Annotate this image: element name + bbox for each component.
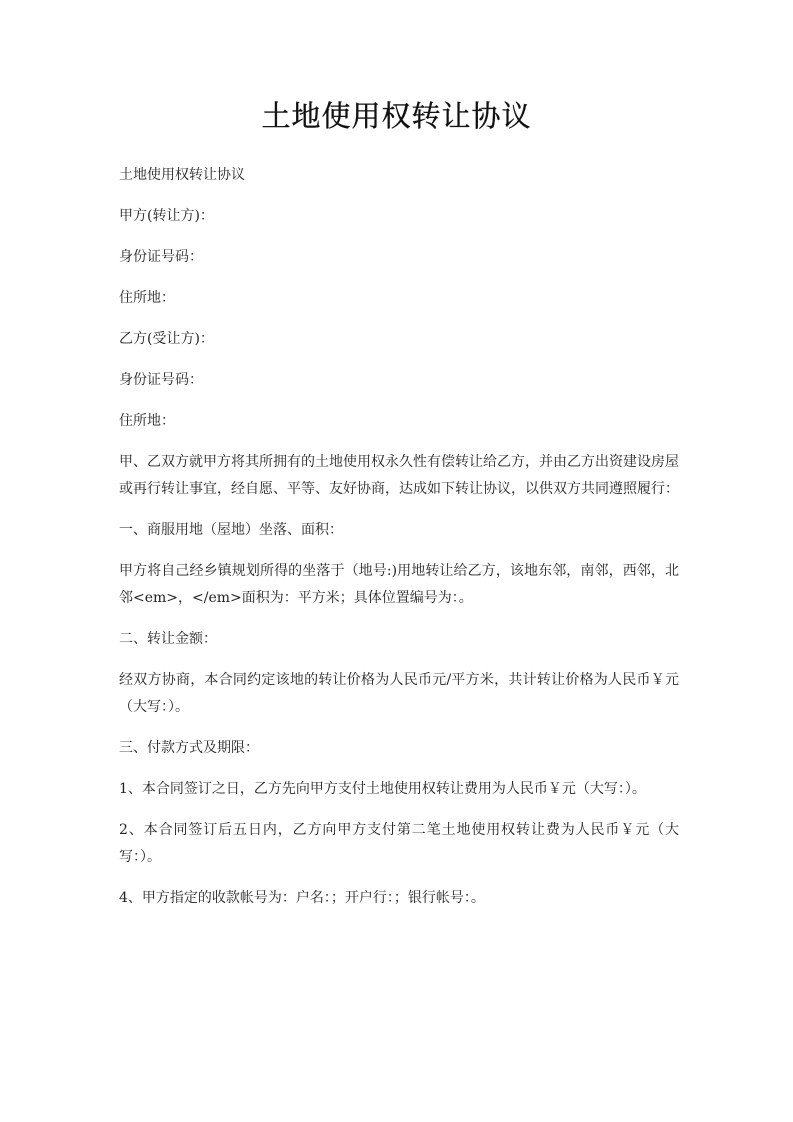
party-b-id-number: 身份证号码： (119, 367, 679, 394)
document-title: 土地使用权转让协议 (0, 94, 793, 135)
preamble-paragraph: 甲、乙双方就甲方将其所拥有的土地使用权永久性有偿转让给乙方，并由乙方出资建设房屋… (119, 449, 679, 503)
payment-clause-1: 1、本合同签订之日，乙方先向甲方支付土地使用权转让费用为人民币￥元（大写：）。 (119, 776, 679, 803)
section-1-body: 甲方将自己经乡镇规划所得的坐落于（地号:)用地转让给乙方，该地东邻，南邻，西邻，… (119, 558, 679, 612)
section-1-heading: 一、商服用地（屋地）坐落、面积： (119, 517, 679, 544)
payment-clause-4: 4、甲方指定的收款帐号为：户名：；开户行：；银行帐号：。 (119, 885, 679, 912)
party-a-label: 甲方(转让方)： (119, 203, 679, 230)
party-a-id-number: 身份证号码： (119, 244, 679, 271)
party-b-label: 乙方(受让方)： (119, 326, 679, 353)
party-b-address: 住所地： (119, 408, 679, 435)
subtitle-paragraph: 土地使用权转让协议 (119, 162, 679, 189)
section-2-heading: 二、转让金额： (119, 626, 679, 653)
payment-clause-2: 2、本合同签订后五日内，乙方向甲方支付第二笔土地使用权转让费为人民币￥元（大写：… (119, 817, 679, 871)
section-3-heading: 三、付款方式及期限： (119, 735, 679, 762)
document-page: 土地使用权转让协议 土地使用权转让协议 甲方(转让方)： 身份证号码： 住所地：… (0, 0, 793, 1122)
party-a-address: 住所地： (119, 285, 679, 312)
section-2-body: 经双方协商，本合同约定该地的转让价格为人民币元/平方米，共计转让价格为人民币￥元… (119, 667, 679, 721)
document-body: 土地使用权转让协议 甲方(转让方)： 身份证号码： 住所地： 乙方(受让方)： … (119, 162, 679, 926)
